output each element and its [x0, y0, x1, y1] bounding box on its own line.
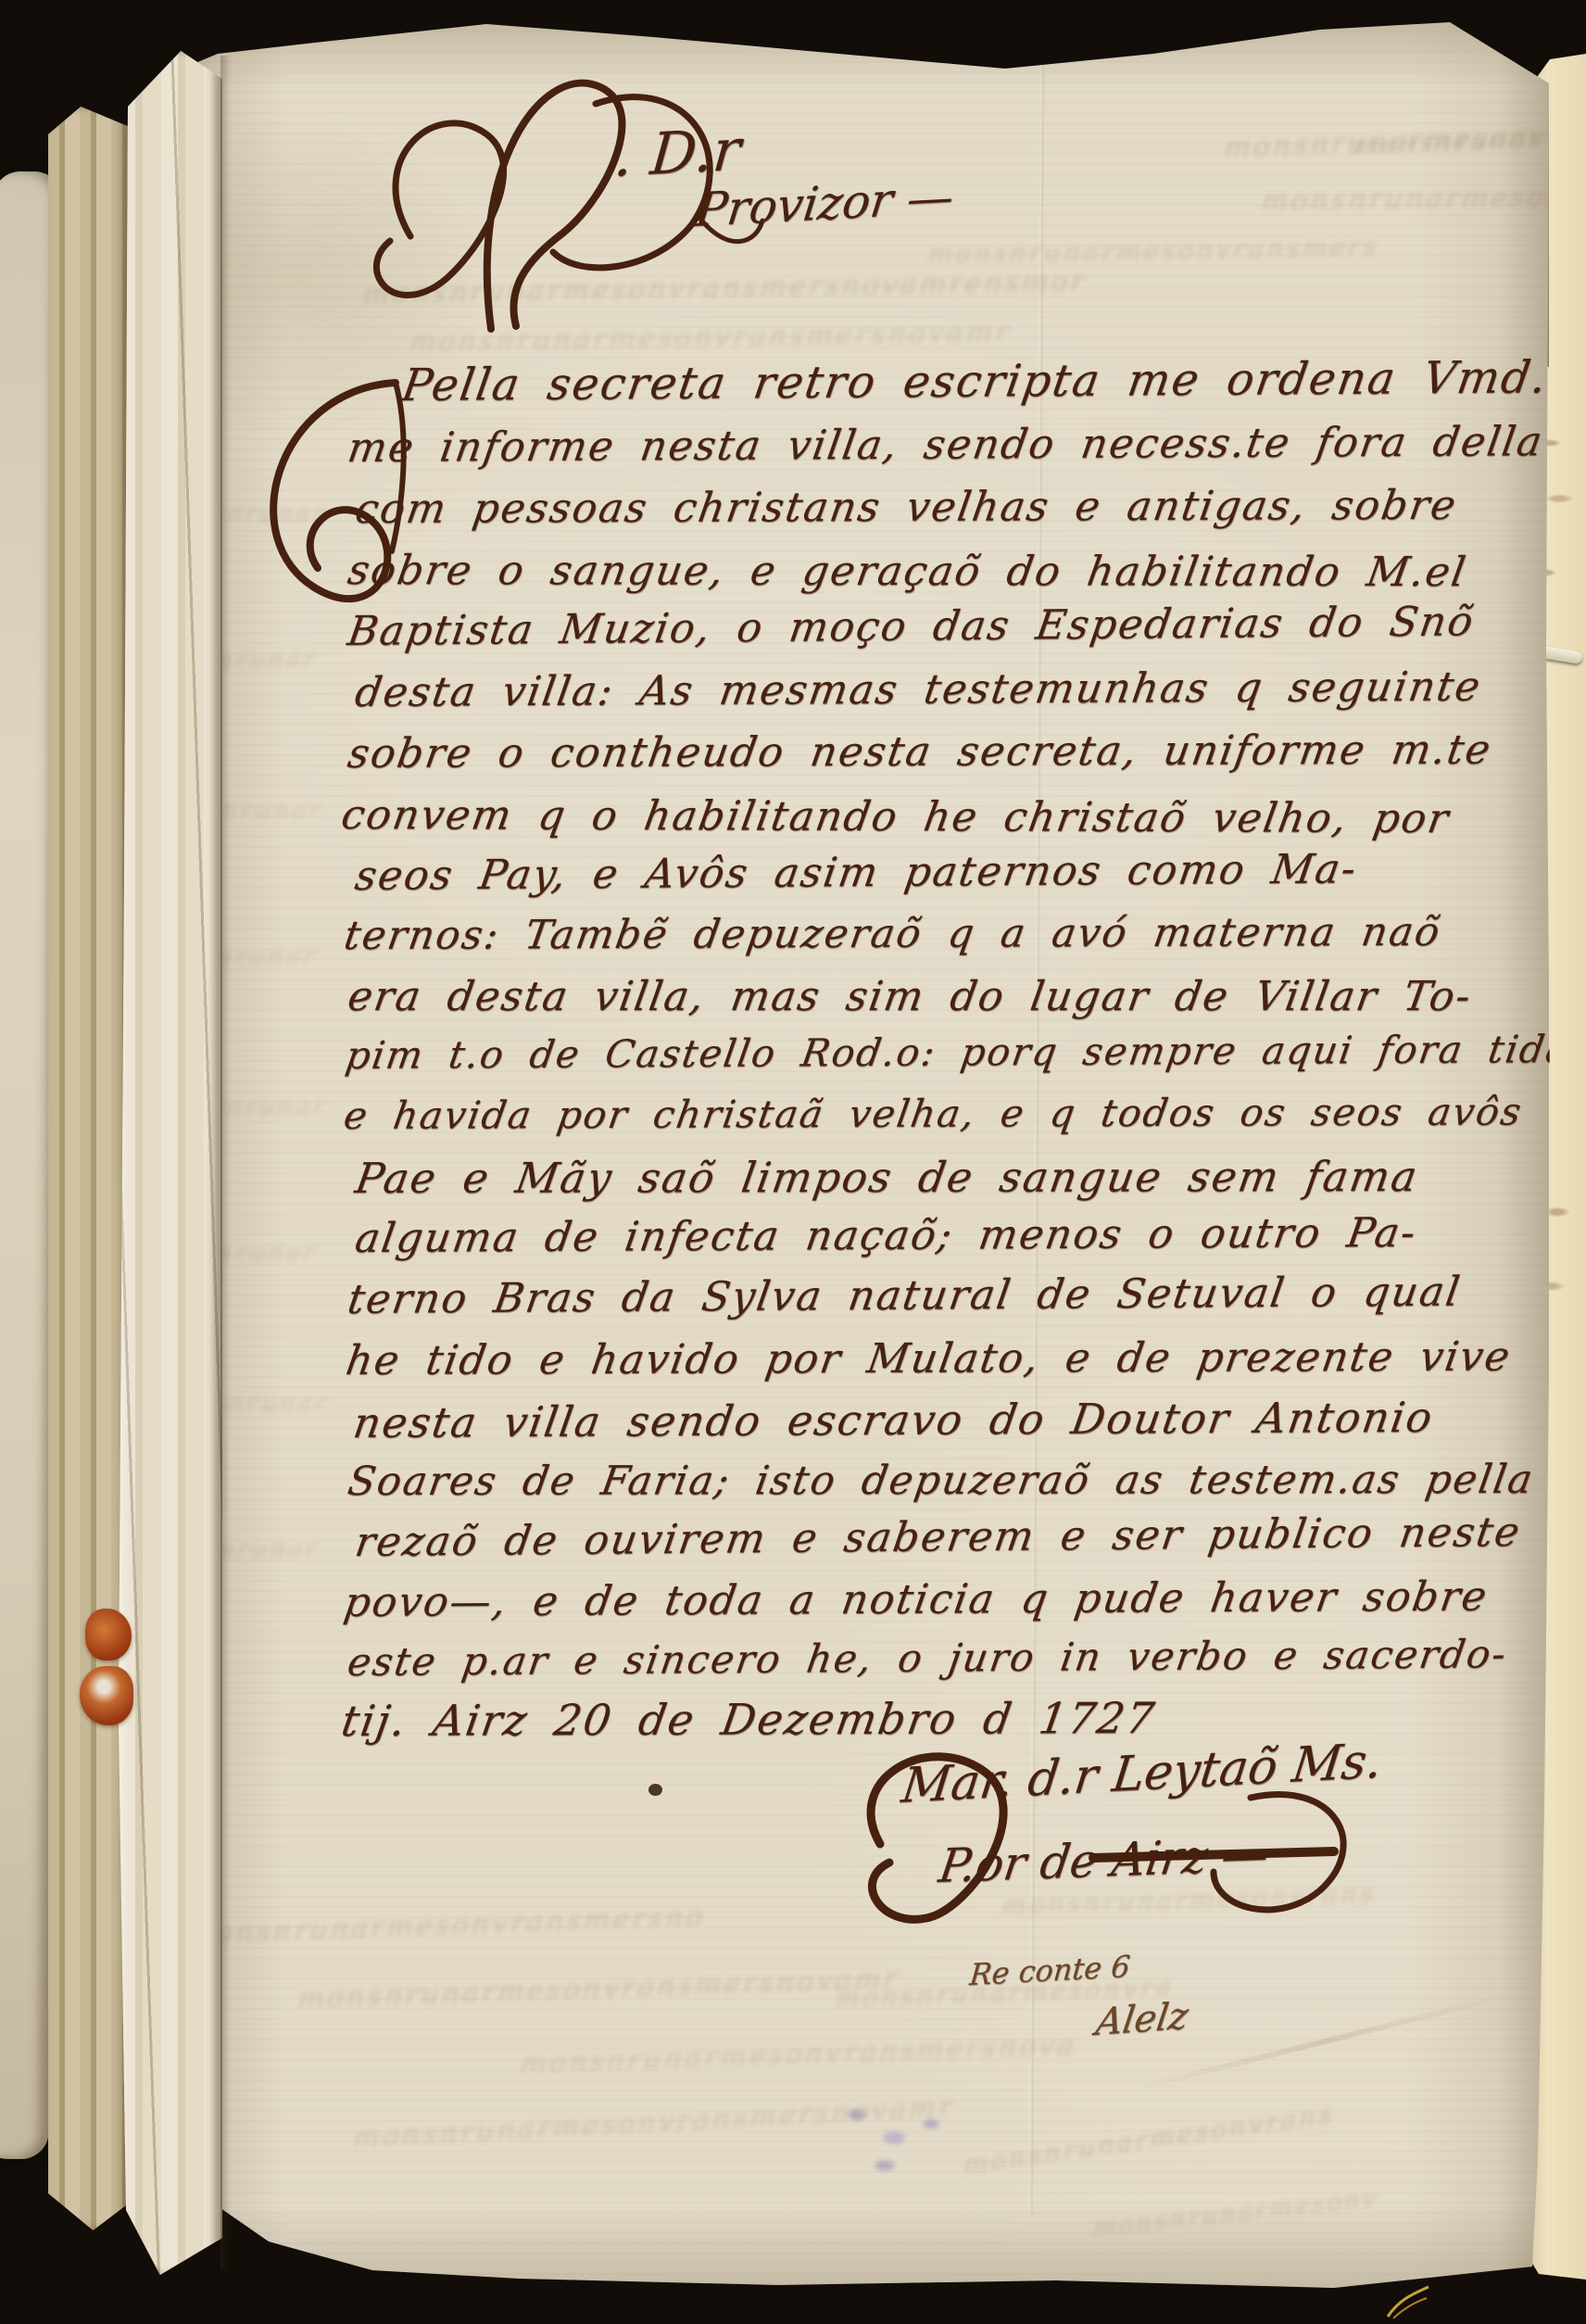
manuscript-line: desta villa: As mesmas testemunhas q seg…: [352, 663, 1485, 716]
show-through-line: monsnrunarmesonvrans: [963, 2097, 1334, 2180]
manuscript-line: Pella secreta retro escripta me ordena V…: [398, 351, 1552, 411]
manuscript-line: he tido e havido por Mulato, e de prezen…: [343, 1333, 1515, 1384]
manuscript-line: terno Bras da Sylva natural de Setuval o…: [345, 1269, 1465, 1323]
show-through-line: monsnrunarmesonv: [1093, 2184, 1379, 2242]
manuscript-line: Soares de Faria; isto depuzeraõ as teste…: [345, 1457, 1537, 1505]
manuscript-line: alguma de infecta naçaõ; menos o outro P…: [352, 1209, 1420, 1262]
manuscript-line: ternos: Tambẽ depuzeraõ q a avó materna …: [341, 909, 1444, 959]
notation-rubric: Alelz: [1093, 1995, 1191, 2044]
show-through-line: monsnrunarmesonvransmersno: [185, 1900, 707, 1951]
manuscript-line: sobre o contheudo nesta secreta, uniform…: [345, 726, 1495, 777]
show-through-line: monsnrunarmesonvransmersnovamr: [296, 1962, 901, 2015]
manuscript-line: pim t.o de Castello Rod.o: porq sempre a…: [343, 1027, 1574, 1078]
manuscript-line: tij. Airz 20 de Dezembro d 1727: [338, 1693, 1159, 1746]
show-through-line: monsnrunar: [1353, 123, 1544, 160]
manuscript-page: monsnrunarmesonvransmemonsnrunarmesonvra…: [130, 0, 1549, 2324]
manuscript-line: seos Pay, e Avôs asim paternos como Ma-: [352, 845, 1361, 900]
wax-seal-remnant: [80, 1666, 133, 1725]
notation-line: Re conte 6: [968, 1949, 1131, 1992]
binding-stub-inner: [119, 51, 222, 2275]
diagonal-crease: [1136, 1991, 1515, 2090]
show-through-line: monsnrunarmesonvransme: [1223, 116, 1586, 164]
manuscript-line: Baptista Muzio, o moço das Espedarias do…: [345, 598, 1478, 655]
manuscript-line: com pessoas christans velhas e antigas, …: [352, 482, 1461, 533]
manuscript-line: sobre o sangue, e geraçaõ do habilitando…: [345, 547, 1470, 596]
show-through-line: monsnrunarmesonvransmersnova: [519, 2028, 1078, 2080]
manuscript-line: Pae e Mãy saõ limpos de sangue sem fama: [352, 1152, 1422, 1203]
faded-stamp: [829, 2096, 996, 2184]
wax-seal-remnant: [85, 1609, 132, 1661]
ink-blot: [648, 1784, 662, 1796]
show-through-line: monsnrunarmesonvransmers: [926, 231, 1381, 270]
show-through-line: monsnrunarmesonvra: [1260, 179, 1586, 218]
manuscript-line: rezaõ de ouvirem e saberem e ser publico…: [352, 1509, 1524, 1566]
manuscript-line: me informe nesta villa, sendo necess.te …: [345, 418, 1547, 472]
manuscript-line: convem q o habilitando he christaõ velho…: [338, 791, 1454, 842]
manuscript-photo: monsnrunarmesonvransmemonsnrunarmesonvra…: [0, 0, 1586, 2324]
invocation-flourish-icon: [301, 46, 764, 352]
manuscript-line: este p.ar e sincero he, o juro in verbo …: [345, 1631, 1511, 1685]
loose-thread: [1384, 2281, 1432, 2320]
manuscript-line: nesta villa sendo escravo do Doutor Anto…: [350, 1393, 1437, 1447]
manuscript-line: e havida por christaã velha, e q todos o…: [341, 1090, 1526, 1138]
manuscript-line: era desta villa, mas sim do lugar de Vil…: [345, 973, 1476, 1020]
binding-stub-middle: [48, 107, 130, 2230]
gutter-shadow: [220, 56, 232, 2270]
manuscript-line: povo—, e de toda a noticia q pude haver …: [341, 1572, 1492, 1626]
header-abbreviation: . D.r: [611, 115, 744, 190]
